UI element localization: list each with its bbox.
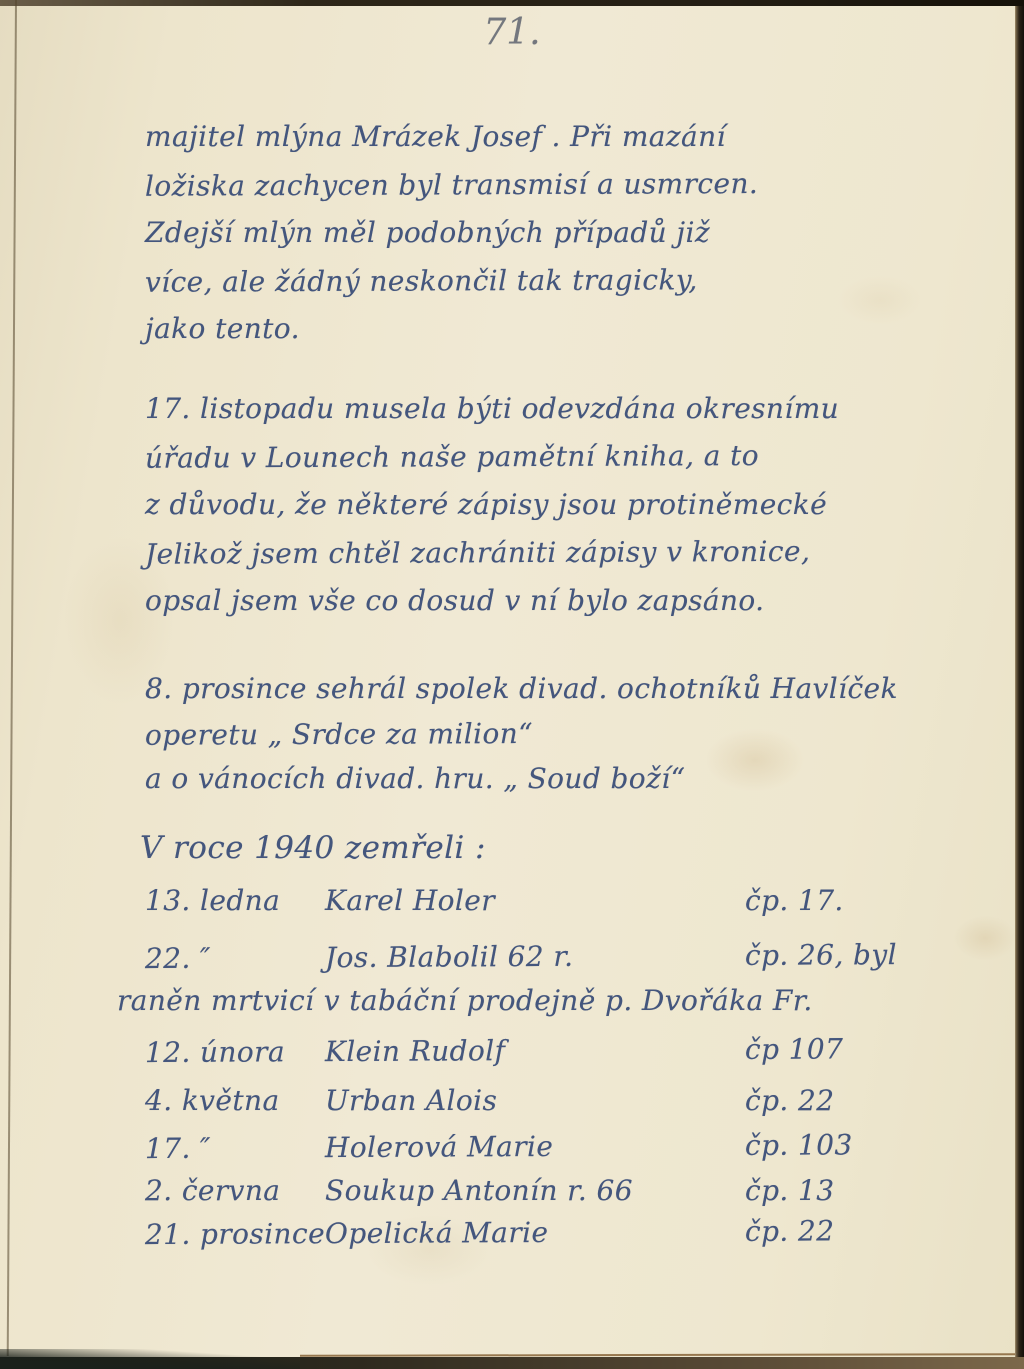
paragraph-mill-accident: majitel mlýna Mrázek Josef . Při mazání … xyxy=(145,120,925,360)
death-name: Karel Holer xyxy=(325,884,745,917)
handwritten-line: 17. listopadu musela býti odevzdána okre… xyxy=(145,392,925,440)
chronicle-page: 71. majitel mlýna Mrázek Josef . Při maz… xyxy=(0,0,1024,1369)
handwritten-line: z důvodu, že některé zápisy jsou protině… xyxy=(145,488,925,536)
death-row: 17. ″ Holerová Marie čp. 103 xyxy=(145,1128,935,1176)
handwritten-line: více, ale žádný neskončil tak tragicky, xyxy=(145,262,925,313)
death-house-number: čp. 26, byl xyxy=(745,938,935,972)
paragraph-chronicle-handover: 17. listopadu musela býti odevzdána okre… xyxy=(145,392,925,632)
death-name: Urban Alois xyxy=(325,1084,745,1117)
death-date: 4. května xyxy=(145,1084,325,1117)
page-top-edge xyxy=(0,0,1024,6)
death-row: 21. prosince Opelická Marie čp. 22 xyxy=(145,1214,935,1260)
death-name: Soukup Antonín r. 66 xyxy=(325,1174,745,1207)
death-name: Klein Rudolf xyxy=(325,1033,745,1068)
page-left-crease xyxy=(7,0,17,1356)
paragraph-theatre: 8. prosince sehrál spolek divad. ochotní… xyxy=(145,672,925,807)
deaths-list: 13. ledna Karel Holer čp. 17. 22. ″ Jos.… xyxy=(145,884,935,1258)
handwritten-line: jako tento. xyxy=(145,312,925,360)
death-note: raněn mrtvicí v tabáční prodejně p. Dvoř… xyxy=(117,984,935,1034)
death-date: 17. ″ xyxy=(145,1131,325,1165)
handwritten-line: a o vánocích divad. hru. „ Soud boží“ xyxy=(145,762,925,807)
handwritten-line: operetu „ Srdce za milion“ xyxy=(145,715,925,763)
death-house-number: čp 107 xyxy=(745,1032,935,1066)
handwritten-line: Zdejší mlýn měl podobných případů již xyxy=(145,216,925,264)
death-house-number: čp. 103 xyxy=(745,1128,935,1162)
death-name: Opelická Marie xyxy=(325,1215,745,1250)
death-row: 2. června Soukup Antonín r. 66 čp. 13 xyxy=(145,1174,935,1216)
death-house-number: čp. 22 xyxy=(745,1214,935,1248)
handwritten-line: 8. prosince sehrál spolek divad. ochotní… xyxy=(145,672,925,717)
death-row: 4. května Urban Alois čp. 22 xyxy=(145,1084,935,1130)
death-date: 22. ″ xyxy=(145,941,325,975)
book-spine-right-edge xyxy=(1015,6,1024,1359)
death-house-number: čp. 17. xyxy=(745,884,935,917)
page-number: 71. xyxy=(0,12,1024,53)
death-date: 13. ledna xyxy=(145,884,325,917)
death-house-number: čp. 13 xyxy=(745,1174,935,1207)
handwritten-line: Jelikož jsem chtěl zachrániti zápisy v k… xyxy=(145,534,925,585)
death-name: Jos. Blabolil 62 r. xyxy=(325,939,745,974)
death-name: Holerová Marie xyxy=(325,1129,745,1164)
death-date: 2. června xyxy=(145,1174,325,1207)
handwritten-line: úřadu v Lounech naše pamětní kniha, a to xyxy=(145,438,925,489)
death-date: 12. února xyxy=(145,1035,325,1069)
death-row: 22. ″ Jos. Blabolil 62 r. čp. 26, byl xyxy=(145,938,935,986)
handwritten-line: opsal jsem vše co dosud v ní bylo zapsán… xyxy=(145,584,925,632)
deaths-heading: V roce 1940 zemřeli : xyxy=(140,830,486,866)
death-row: 12. února Klein Rudolf čp 107 xyxy=(145,1032,935,1086)
bottom-left-corner-shadow xyxy=(0,1349,300,1369)
handwritten-line: majitel mlýna Mrázek Josef . Při mazání xyxy=(145,120,925,168)
death-house-number: čp. 22 xyxy=(745,1084,935,1117)
death-date: 21. prosince xyxy=(145,1217,325,1251)
death-row: 13. ledna Karel Holer čp. 17. xyxy=(145,884,935,940)
handwritten-line: ložiska zachycen byl transmisí a usmrcen… xyxy=(145,166,925,217)
